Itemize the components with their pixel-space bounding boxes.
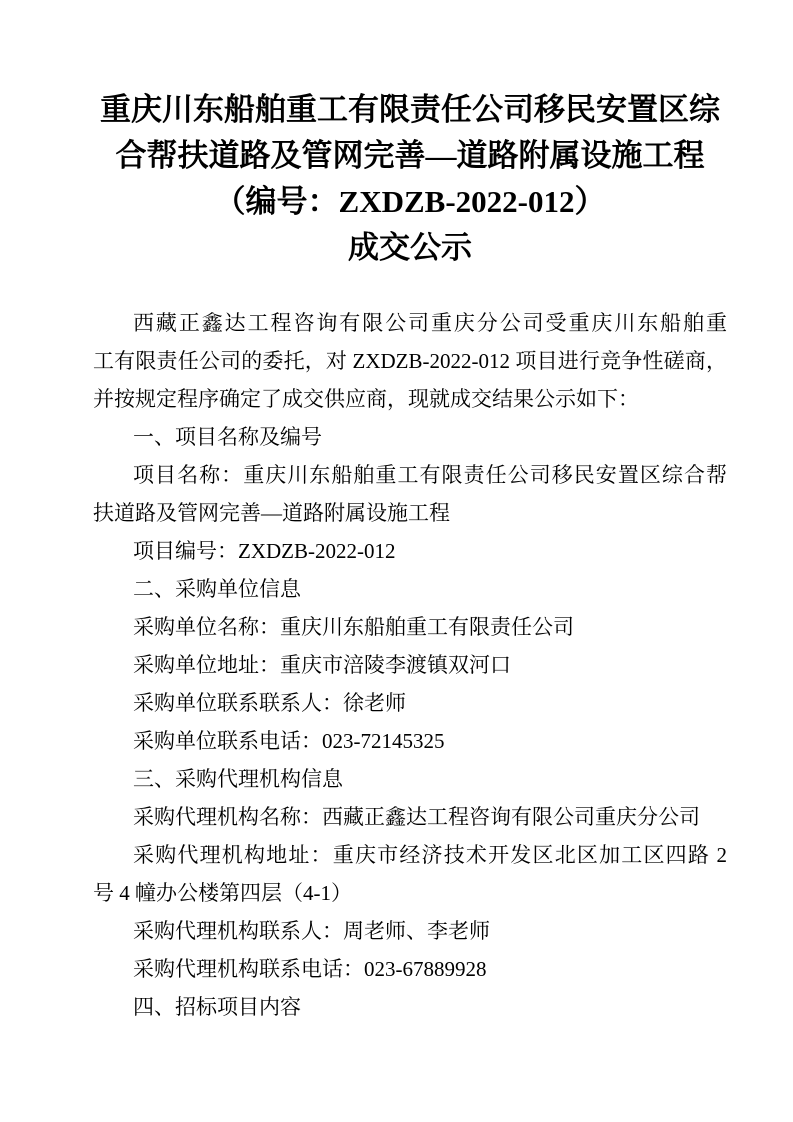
title-line-3: （编号：ZXDZB-2022-012） (93, 179, 727, 225)
section-3-heading: 三、采购代理机构信息 (93, 760, 727, 798)
section-2-heading: 二、采购单位信息 (93, 570, 727, 608)
title-line-1: 重庆川东船舶重工有限责任公司移民安置区综 (93, 87, 727, 133)
project-name-line-2: 扶道路及管网完善—道路附属设施工程 (93, 494, 727, 532)
document-content: 重庆川东船舶重工有限责任公司移民安置区综 合帮扶道路及管网完善—道路附属设施工程… (0, 0, 793, 1026)
intro-line-2: 工有限责任公司的委托，对 ZXDZB-2022-012 项目进行竞争性磋商， (93, 342, 727, 380)
section-1-heading: 一、项目名称及编号 (93, 418, 727, 456)
agency-phone: 采购代理机构联系电话：023-67889928 (93, 950, 727, 988)
buyer-phone: 采购单位联系电话：023-72145325 (93, 722, 727, 760)
title-line-4: 成交公示 (93, 225, 727, 271)
agency-address-line-1: 采购代理机构地址：重庆市经济技术开发区北区加工区四路 2 (93, 836, 727, 874)
buyer-name: 采购单位名称：重庆川东船舶重工有限责任公司 (93, 608, 727, 646)
agency-contact: 采购代理机构联系人：周老师、李老师 (93, 912, 727, 950)
intro-line-1: 西藏正鑫达工程咨询有限公司重庆分公司受重庆川东船舶重 (93, 304, 727, 342)
title-line-2: 合帮扶道路及管网完善—道路附属设施工程 (93, 133, 727, 179)
document-page: 重庆川东船舶重工有限责任公司移民安置区综 合帮扶道路及管网完善—道路附属设施工程… (0, 0, 793, 1122)
document-title: 重庆川东船舶重工有限责任公司移民安置区综 合帮扶道路及管网完善—道路附属设施工程… (93, 87, 727, 271)
buyer-address: 采购单位地址：重庆市涪陵李渡镇双河口 (93, 646, 727, 684)
intro-line-3: 并按规定程序确定了成交供应商，现就成交结果公示如下： (93, 380, 727, 418)
document-body: 西藏正鑫达工程咨询有限公司重庆分公司受重庆川东船舶重 工有限责任公司的委托，对 … (93, 304, 727, 1026)
agency-address-line-2: 号 4 幢办公楼第四层（4-1） (93, 874, 727, 912)
buyer-contact: 采购单位联系联系人：徐老师 (93, 684, 727, 722)
project-number: 项目编号：ZXDZB-2022-012 (93, 532, 727, 570)
agency-name: 采购代理机构名称：西藏正鑫达工程咨询有限公司重庆分公司 (93, 798, 727, 836)
section-4-heading: 四、招标项目内容 (93, 988, 727, 1026)
project-name-line-1: 项目名称：重庆川东船舶重工有限责任公司移民安置区综合帮 (93, 456, 727, 494)
